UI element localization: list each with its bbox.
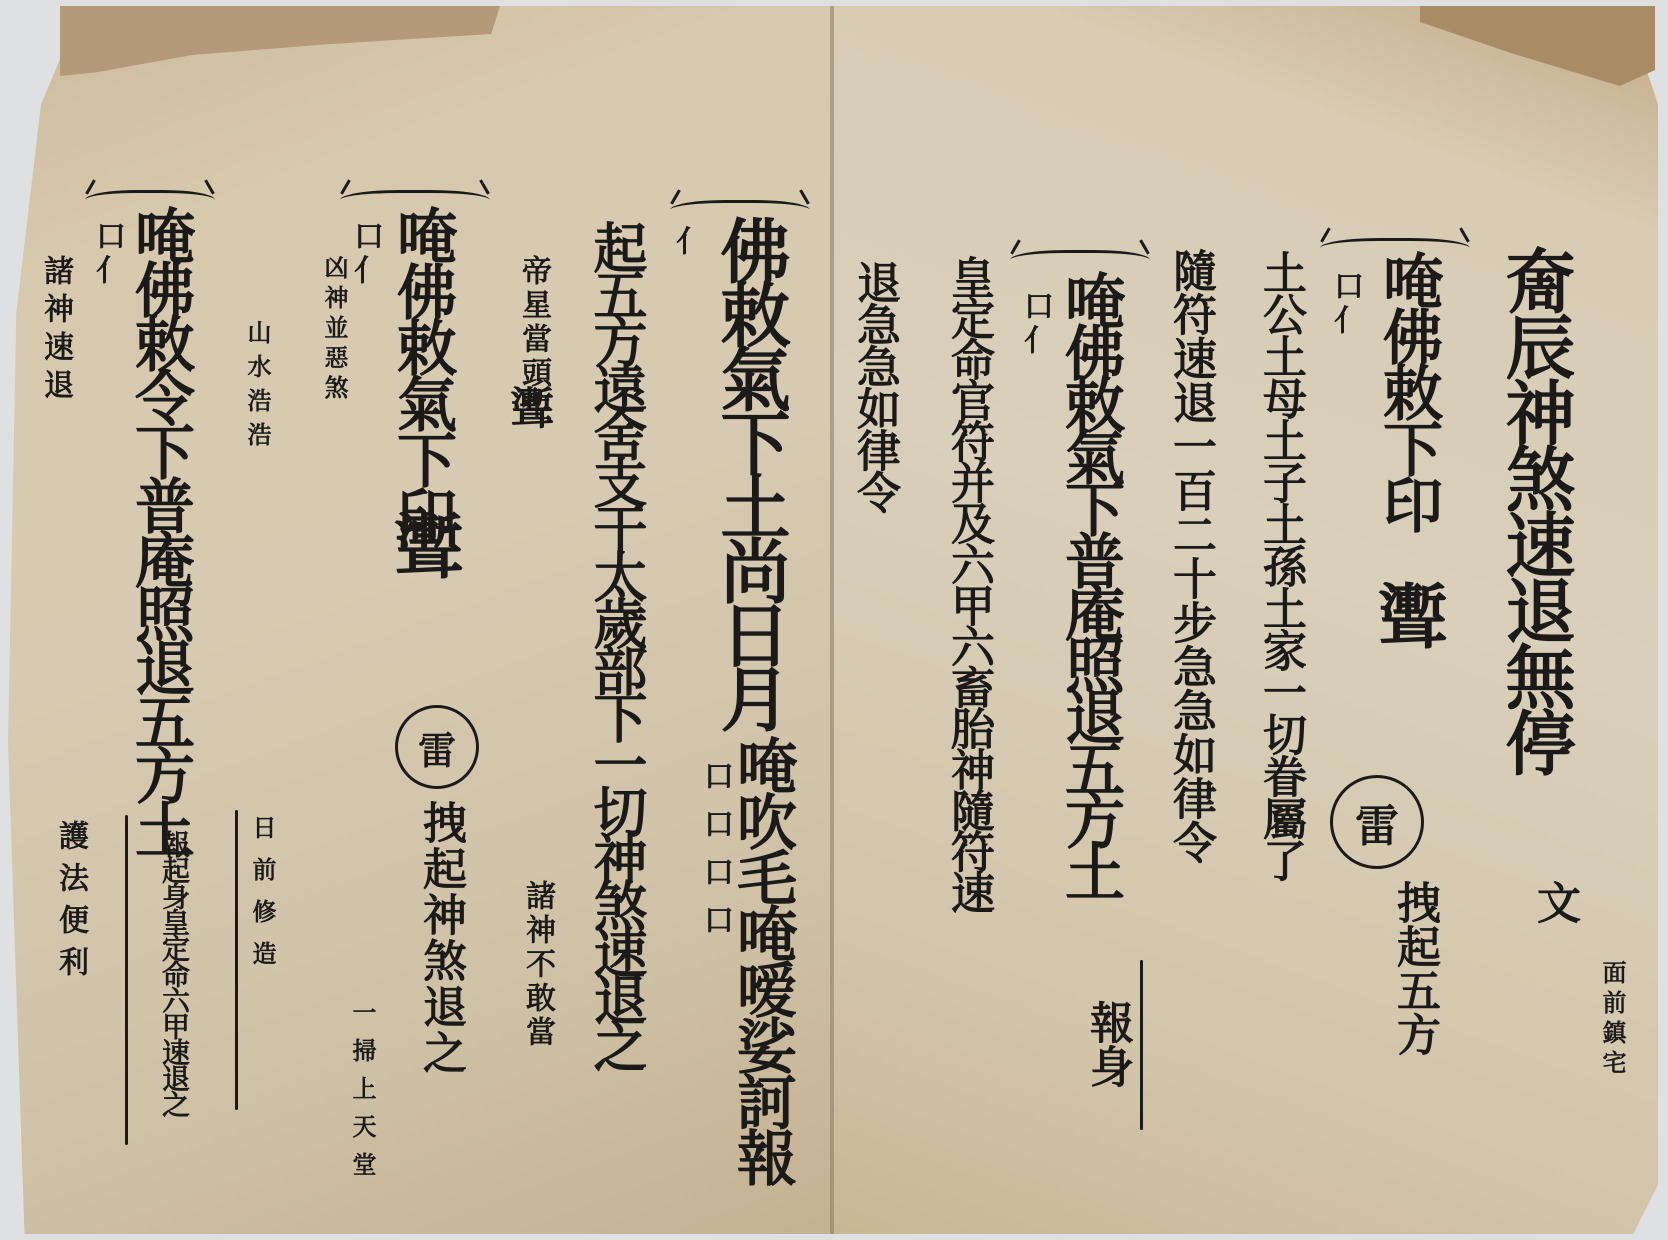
- title-suffix: 文: [1532, 880, 1576, 924]
- talisman-2-tail: 報身: [1085, 1000, 1129, 1088]
- column-officials: 皇定命官符并及六甲六畜胎神隨符速: [946, 255, 990, 911]
- talisman-3-mantra-small: 口口口口: [700, 760, 730, 952]
- column-evil-spirits: 凶神並惡煞: [322, 255, 346, 405]
- talisman-1-after-seal: 拽起五方: [1392, 880, 1436, 1056]
- seal-char: 雷: [1355, 790, 1399, 854]
- bracket-right-line: [235, 810, 238, 1110]
- thunder-seal: 雷: [1330, 775, 1424, 869]
- talisman-1-main: 唵佛敕下印: [1378, 250, 1438, 530]
- column-gods-dare-not: 諸神不敢當: [522, 880, 552, 1050]
- column-earth-spirits: 土公土母土子土孫土家一切眷屬了: [1258, 250, 1302, 880]
- talisman-2-side: 口亻: [1020, 290, 1050, 358]
- column-dharma: 護法便利: [55, 820, 85, 988]
- talisman-2-main: 唵佛敕氣下普庵照退五方土: [1060, 270, 1120, 894]
- title-column: 奝辰神煞速退無停: [1500, 245, 1570, 773]
- talisman-3-mantra: 唵吹毛唵嗳娑訶報: [732, 735, 792, 1183]
- seal-char: 雷: [418, 720, 456, 775]
- column-mountain-water: 山水浩浩: [245, 320, 269, 456]
- talisman-2-stroke: [1140, 960, 1143, 1130]
- column-retreat: 隨符速退一百二十步急急如律令: [1168, 248, 1212, 864]
- column-end: 退急急如律令: [852, 260, 896, 512]
- talisman-1-side: 口亻: [1330, 270, 1360, 338]
- talisman-5-side: 口亻: [92, 220, 122, 288]
- talisman-4-glyph: 聻: [388, 510, 458, 578]
- column-gods-retreat: 諸神速退: [40, 255, 70, 407]
- column-five-directions: 起五方遠舍支干太歲部下一切神煞速退之: [590, 220, 644, 1066]
- talisman-4-after-seal: 拽起神煞退之: [418, 800, 462, 1076]
- talisman-3-main: 佛敕氣下土尚日月: [715, 215, 785, 727]
- talisman-5-main: 唵佛敕令下普庵照退五方土: [130, 205, 190, 853]
- bracket-left-line: [125, 815, 128, 1145]
- emperor-glyph: 聻: [505, 385, 549, 429]
- talisman-1-glyph: 聻: [1372, 580, 1442, 648]
- talisman-5-bracketed: 報起身皇定命六甲速退之: [160, 830, 188, 1116]
- column-heaven: 一掃上天堂: [350, 1000, 374, 1190]
- book-gutter: [830, 6, 834, 1234]
- talisman-4-side: 口亻: [350, 220, 380, 288]
- talisman-4-main: 唵佛敕氣下印: [392, 205, 452, 541]
- thunder-seal: 雷: [395, 705, 479, 789]
- side-note: 面前鎮宅: [1600, 960, 1624, 1080]
- column-repair: 日前修造: [250, 815, 274, 983]
- talisman-3-side: 亻: [672, 225, 702, 259]
